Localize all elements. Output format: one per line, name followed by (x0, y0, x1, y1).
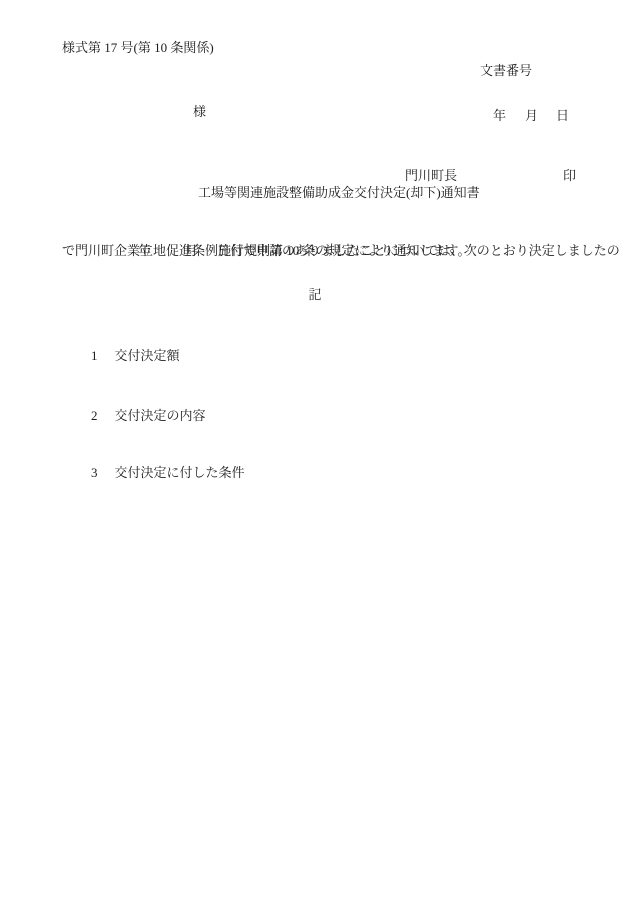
list-item: 3交付決定に付した条件 (78, 440, 245, 506)
item-number: 2 (91, 408, 98, 423)
item-label: 交付決定額 (115, 348, 180, 363)
item-number: 3 (91, 465, 98, 480)
date-month-label: 月 (525, 108, 538, 123)
form-number: 様式第 17 号(第 10 条関係) (62, 37, 214, 59)
addressee-honorific: 様 (193, 101, 206, 123)
record-marker: 記 (0, 284, 630, 306)
date-line: 年月日 (480, 83, 569, 149)
issuer-name: 門川町長 (405, 168, 457, 183)
item-label: 交付決定の内容 (115, 408, 206, 423)
seal-label: 印 (563, 168, 576, 183)
item-label: 交付決定に付した条件 (115, 465, 245, 480)
body-paragraph-line2: で門川町企業立地促進条例施行規則第 10 条の規定により通知します。 (62, 240, 470, 262)
list-item: 1交付決定額 (78, 323, 180, 389)
document-page: 様式第 17 号(第 10 条関係) 文書番号 年月日 様 門川町長印 工場等関… (0, 0, 630, 903)
date-day-label: 日 (556, 108, 569, 123)
item-number: 1 (91, 348, 98, 363)
document-number-label: 文書番号 (480, 60, 532, 82)
document-title: 工場等関連施設整備助成金交付決定(却下)通知書 (198, 182, 480, 204)
date-year-label: 年 (493, 108, 506, 123)
